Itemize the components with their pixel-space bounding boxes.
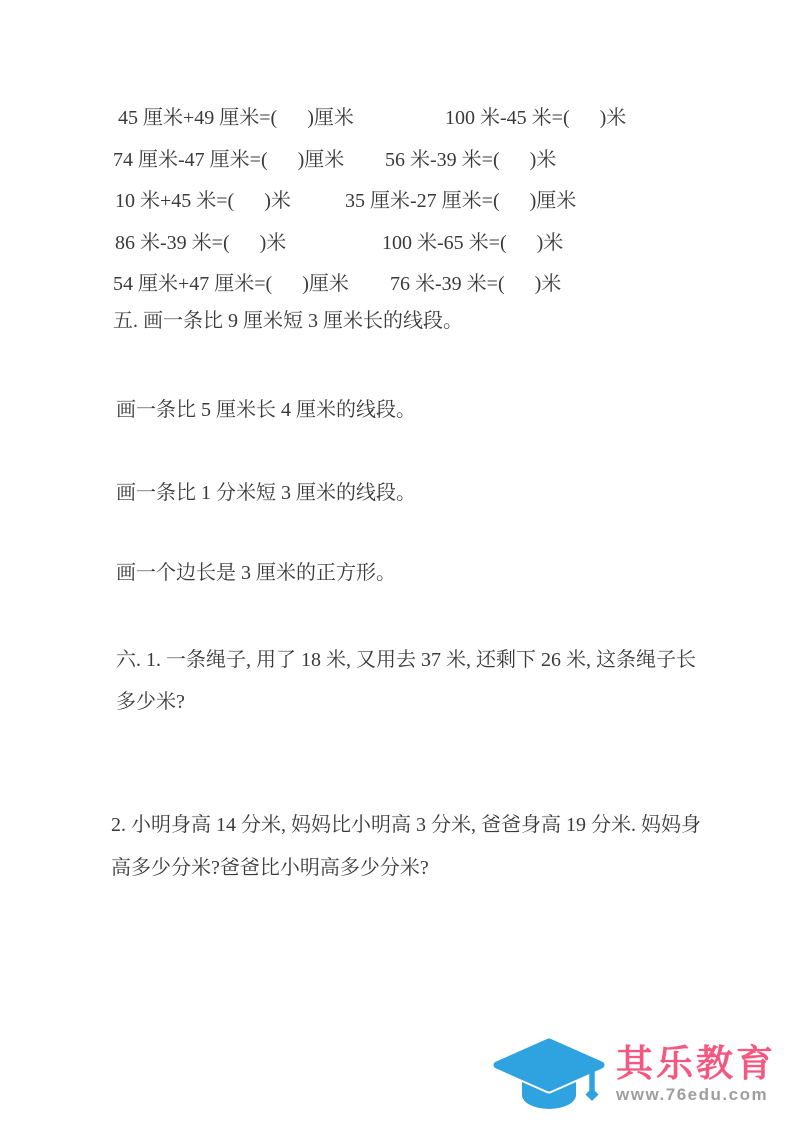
graduation-cap-icon [488,1038,610,1116]
equation-row3-right: 35 厘米-27 厘米=( )厘米 [345,187,576,215]
section-six-problem1-line1: 六. 1. 一条绳子, 用了 18 米, 又用去 37 米, 还剩下 26 米,… [116,646,696,674]
site-logo: 其乐教育 www.76edu.com [488,1038,776,1116]
logo-site-name: 其乐教育 [616,1044,776,1084]
equation-row2-right: 56 米-39 米=( )米 [385,146,556,174]
equation-row5-left: 54 厘米+47 厘米=( )厘米 [113,270,349,298]
equation-row1-right: 100 米-45 米=( )米 [445,104,626,132]
equation-row4-right: 100 米-65 米=( )米 [382,229,563,257]
equation-row2-left: 74 厘米-47 厘米=( )厘米 [113,146,344,174]
logo-text-block: 其乐教育 www.76edu.com [616,1038,776,1104]
section-five-task3: 画一条比 1 分米短 3 厘米的线段。 [116,479,416,507]
equation-row3-left: 10 米+45 米=( )米 [115,187,291,215]
section-five-task2: 画一条比 5 厘米长 4 厘米的线段。 [116,396,416,424]
equation-row1-left: 45 厘米+49 厘米=( )厘米 [118,104,354,132]
section-six-problem2-line2: 高多少分米?爸爸比小明高多少分米? [111,854,429,882]
logo-site-url: www.76edu.com [616,1085,776,1104]
equation-row4-left: 86 米-39 米=( )米 [115,229,286,257]
equation-row5-right: 76 米-39 米=( )米 [390,270,561,298]
section-six-problem2-line1: 2. 小明身高 14 分米, 妈妈比小明高 3 分米, 爸爸身高 19 分米. … [111,811,701,839]
worksheet-page: 45 厘米+49 厘米=( )厘米 100 米-45 米=( )米 74 厘米-… [0,0,793,1122]
section-five-heading: 五. 画一条比 9 厘米短 3 厘米长的线段。 [113,307,463,335]
section-six-problem1-line2: 多少米? [116,688,185,716]
section-five-task4: 画一个边长是 3 厘米的正方形。 [116,559,396,587]
